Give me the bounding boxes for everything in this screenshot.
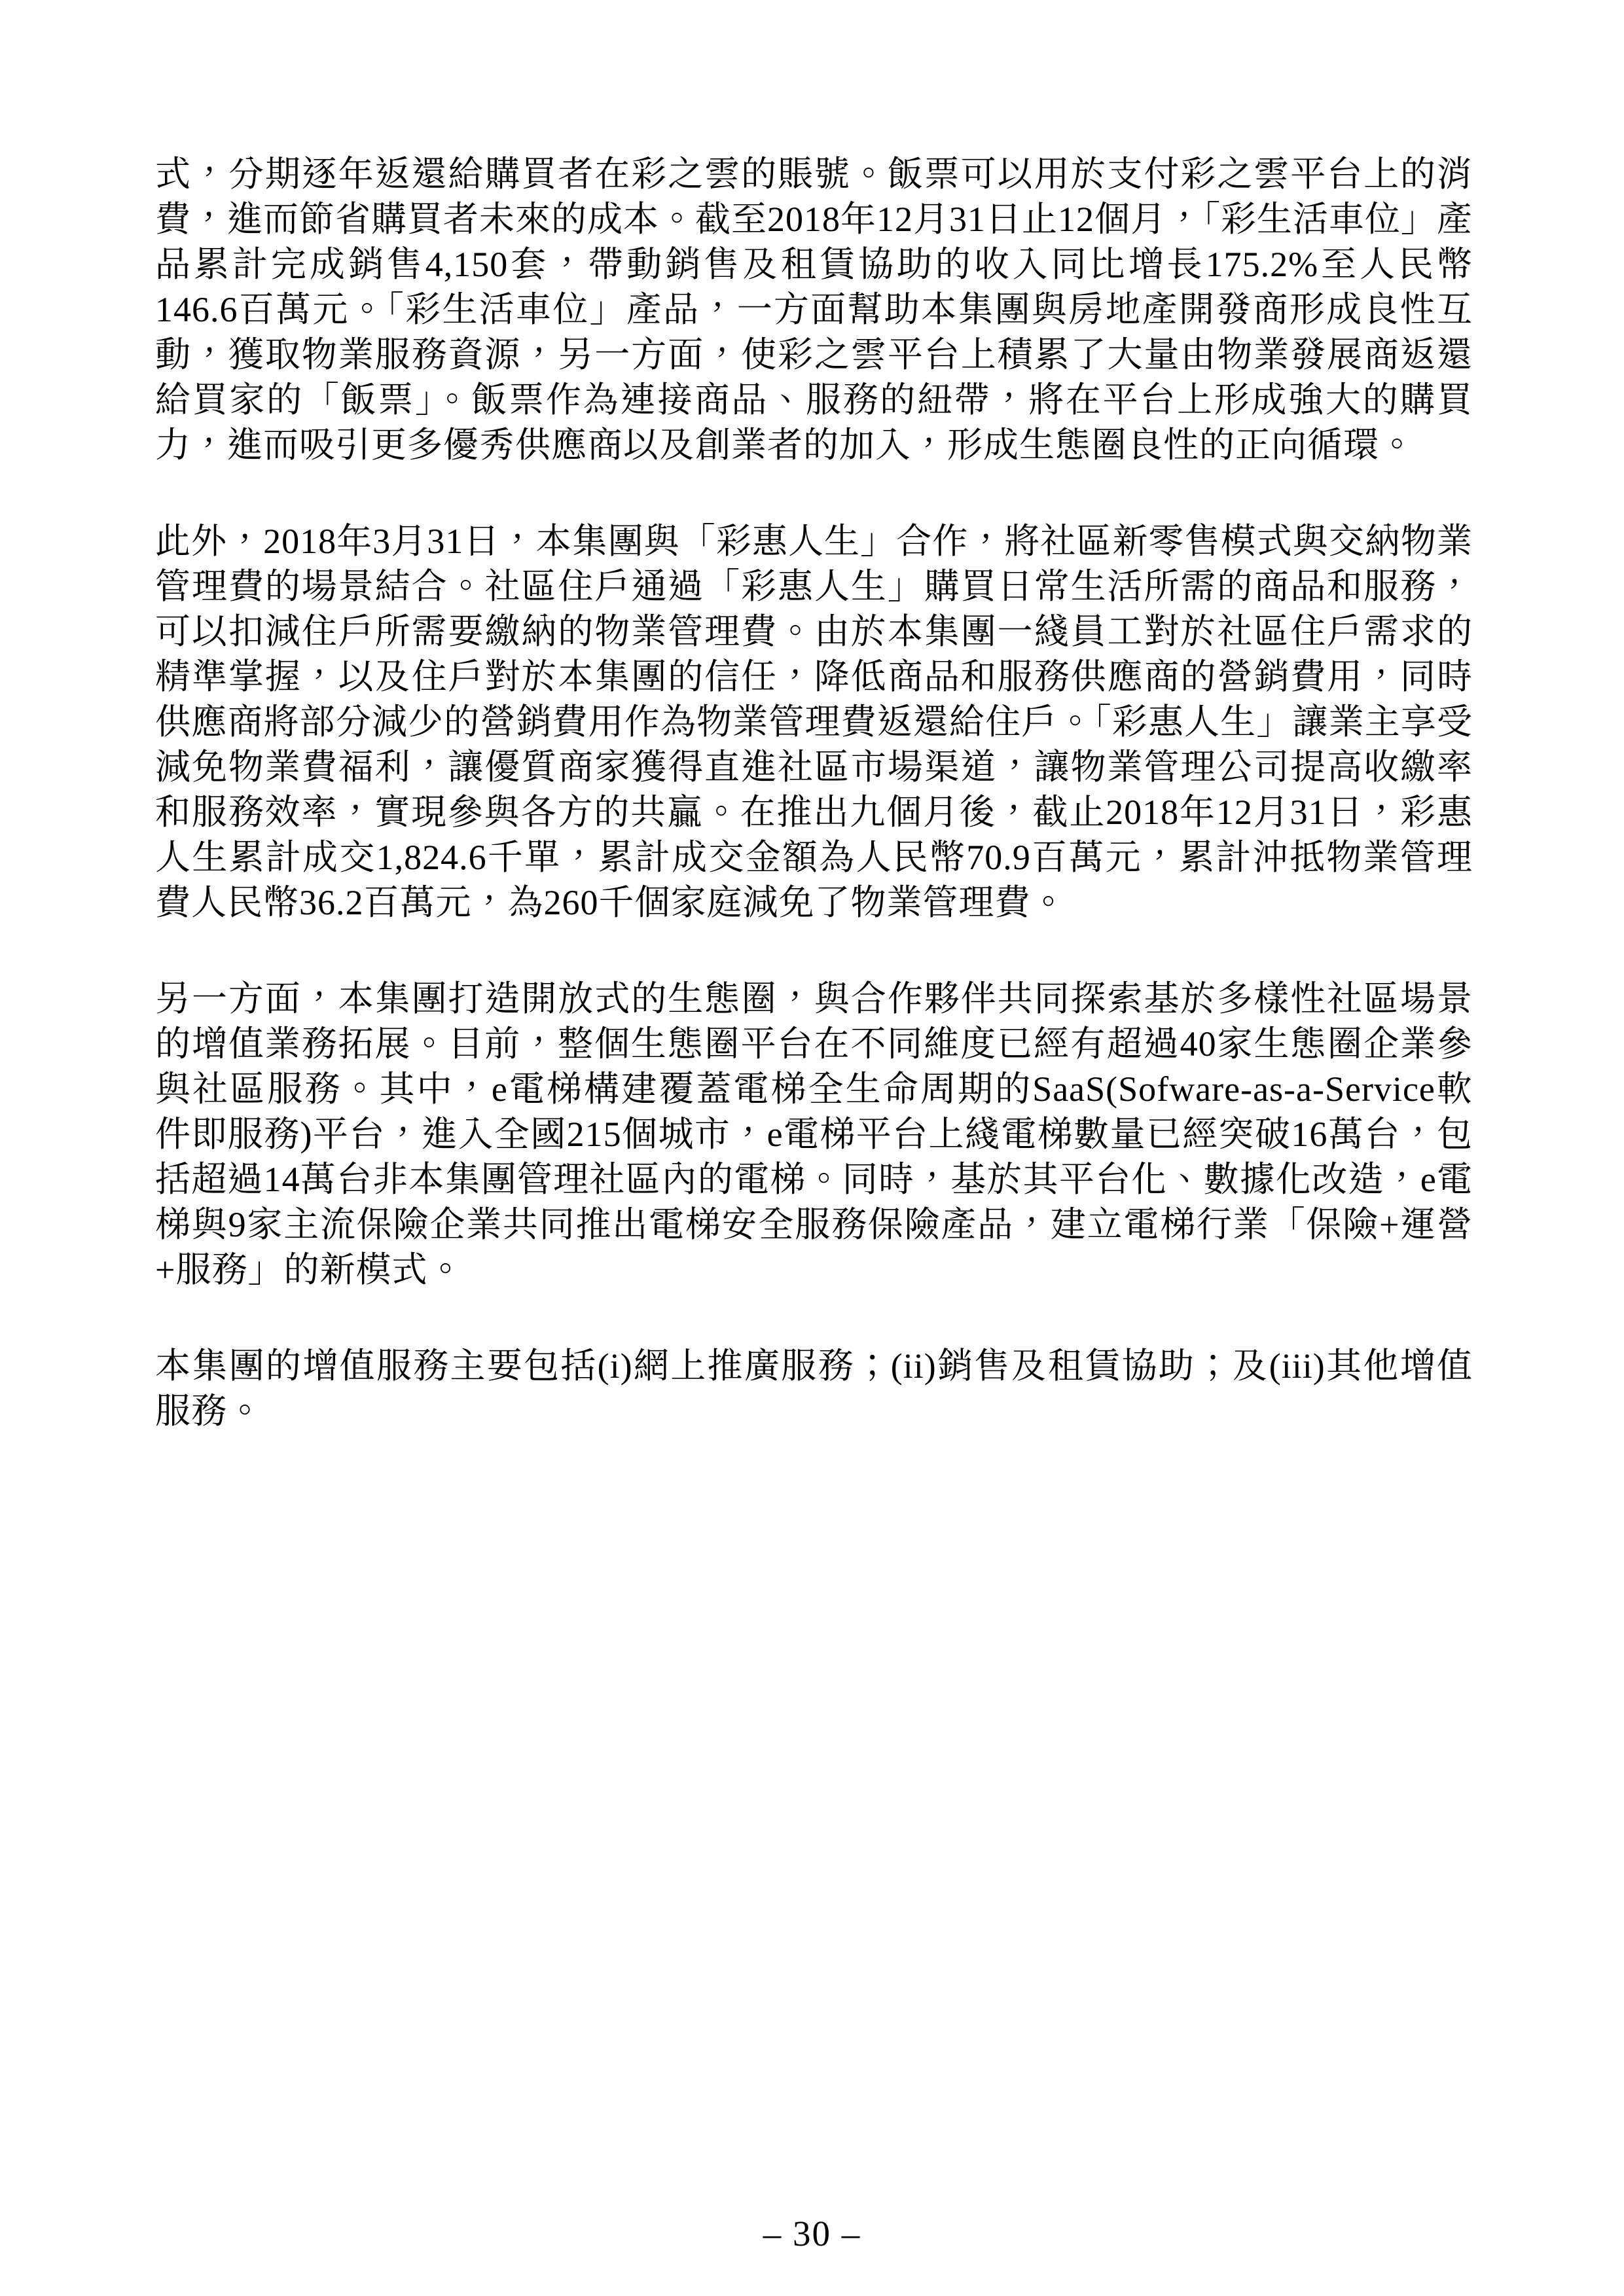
page-footer: – 30 – (0, 2214, 1624, 2253)
page-number: – 30 – (763, 2214, 861, 2253)
paragraph-value-added-services: 本集團的增值服務主要包括(i)網上推廣服務；(ii)銷售及租賃協助；及(iii)… (155, 1344, 1473, 1434)
paragraph-caihui-life: 此外，2018年3月31日，本集團與「彩惠人生」合作，將社區新零售模式與交納物業… (155, 519, 1473, 925)
report-page: 式，分期逐年返還給購買者在彩之雲的賬號。飯票可以用於支付彩之雲平台上的消費，進而… (0, 0, 1624, 2296)
page-content: 式，分期逐年返還給購買者在彩之雲的賬號。飯票可以用於支付彩之雲平台上的消費，進而… (155, 152, 1473, 1434)
paragraph-parking-product: 式，分期逐年返還給購買者在彩之雲的賬號。飯票可以用於支付彩之雲平台上的消費，進而… (155, 152, 1473, 468)
paragraph-ecosystem-elevator: 另一方面，本集團打造開放式的生態圈，與合作夥伴共同探索基於多樣性社區場景的增值業… (155, 977, 1473, 1293)
